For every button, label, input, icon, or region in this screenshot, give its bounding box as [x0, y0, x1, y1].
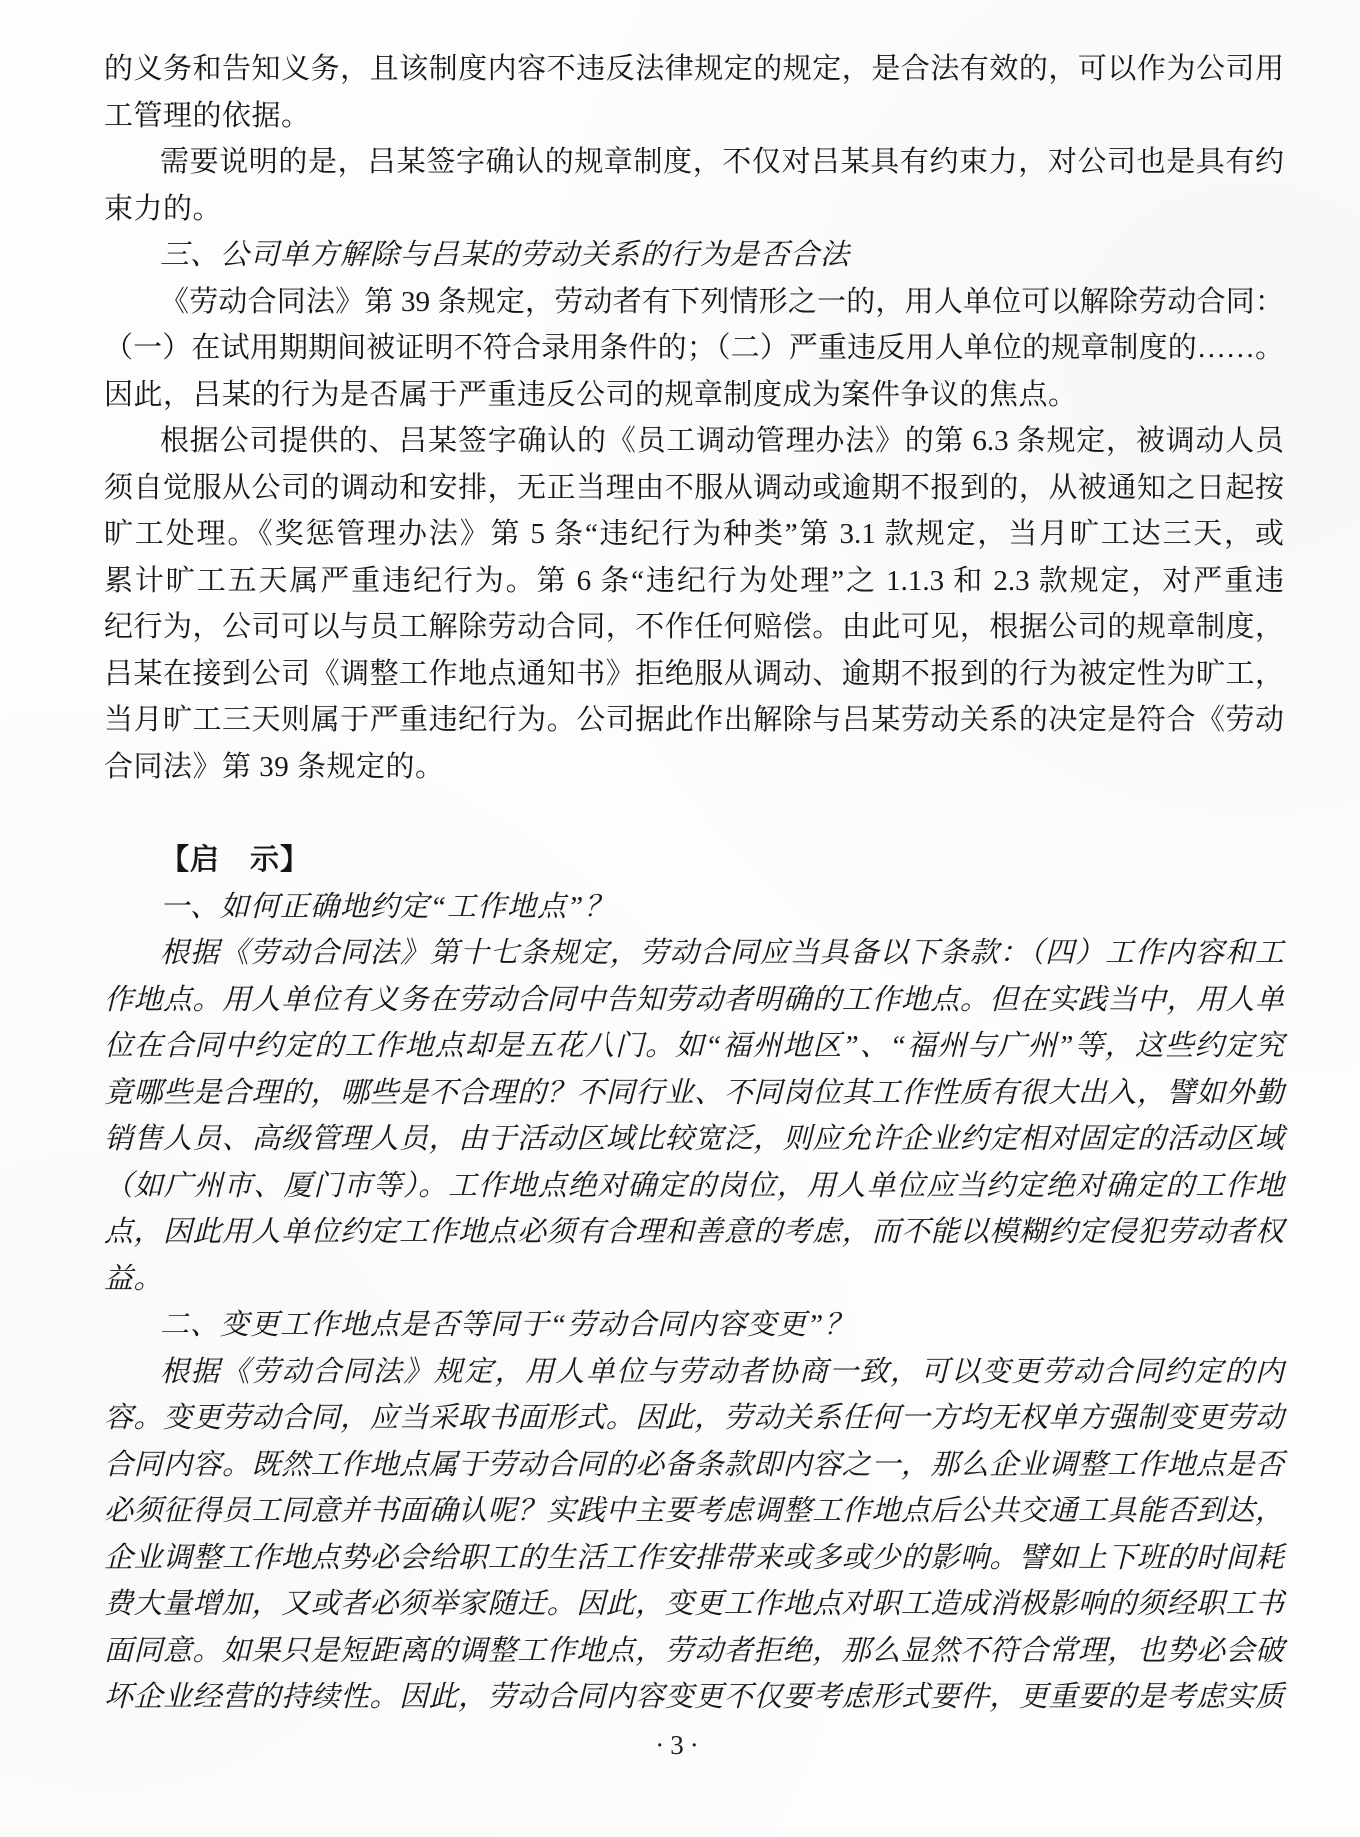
text-line: 因此，吕某的行为是否属于严重违反公司的规章制度成为案件争议的焦点。	[104, 372, 1284, 419]
text-line: 费大量增加，又或者必须举家随迁。因此，变更工作地点对职工造成消极影响的须经职工书	[104, 1581, 1284, 1628]
text-line: 《劳动合同法》第 39 条规定，劳动者有下列情形之一的，用人单位可以解除劳动合同…	[104, 279, 1284, 326]
text-line: 坏企业经营的持续性。因此，劳动合同内容变更不仅要考虑形式要件，更重要的是考虑实质	[104, 1674, 1284, 1721]
section-heading: 二、变更工作地点是否等同于“劳动合同内容变更”？	[104, 1302, 1284, 1349]
document-text-block: 的义务和告知义务，且该制度内容不违反法律规定的规定，是合法有效的，可以作为公司用…	[104, 46, 1284, 1721]
text-line: 累计旷工五天属严重违纪行为。第 6 条“违纪行为处理”之 1.1.3 和 2.3…	[104, 558, 1284, 605]
text-line: 根据《劳动合同法》第十七条规定，劳动合同应当具备以下条款：（四）工作内容和工	[104, 930, 1284, 977]
text-line: 当月旷工三天则属于严重违纪行为。公司据此作出解除与吕某劳动关系的决定是符合《劳动	[104, 697, 1284, 744]
text-line: 的义务和告知义务，且该制度内容不违反法律规定的规定，是合法有效的，可以作为公司用	[104, 46, 1284, 93]
section-heading: 三、公司单方解除与吕某的劳动关系的行为是否合法	[104, 232, 1284, 279]
text-line: 位在合同中约定的工作地点却是五花八门。如“福州地区”、“福州与广州”等，这些约定…	[104, 1023, 1284, 1070]
text-line: 容。变更劳动合同，应当采取书面形式。因此，劳动关系任何一方均无权单方强制变更劳动	[104, 1395, 1284, 1442]
text-line: 纪行为，公司可以与员工解除劳动合同，不作任何赔偿。由此可见，根据公司的规章制度，	[104, 604, 1284, 651]
text-line: 需要说明的是，吕某签字确认的规章制度，不仅对吕某具有约束力，对公司也是具有约	[104, 139, 1284, 186]
text-line: 竟哪些是合理的，哪些是不合理的？不同行业、不同岗位其工作性质有很大出入，譬如外勤	[104, 1070, 1284, 1117]
scanned-document-page: 的义务和告知义务，且该制度内容不违反法律规定的规定，是合法有效的，可以作为公司用…	[0, 0, 1360, 1837]
text-line: 合同内容。既然工作地点属于劳动合同的必备条款即内容之一，那么企业调整工作地点是否	[104, 1442, 1284, 1489]
page-number: ·3·	[0, 1730, 1360, 1761]
text-line: 根据公司提供的、吕某签字确认的《员工调动管理办法》的第 6.3 条规定，被调动人…	[104, 418, 1284, 465]
text-line: 销售人员、高级管理人员，由于活动区域比较宽泛，则应允许企业约定相对固定的活动区域	[104, 1116, 1284, 1163]
text-line: 益。	[104, 1256, 1284, 1303]
text-line: 工管理的依据。	[104, 93, 1284, 140]
text-line: （如广州市、厦门市等）。工作地点绝对确定的岗位，用人单位应当约定绝对确定的工作地	[104, 1163, 1284, 1210]
text-line: 面同意。如果只是短距离的调整工作地点，劳动者拒绝，那么显然不符合常理，也势必会破	[104, 1628, 1284, 1675]
text-line: 根据《劳动合同法》规定，用人单位与劳动者协商一致，可以变更劳动合同约定的内	[104, 1349, 1284, 1396]
section-heading: 一、如何正确地约定“工作地点”？	[104, 884, 1284, 931]
section-heading: 【启 示】	[104, 837, 1284, 884]
text-line: 企业调整工作地点势必会给职工的生活工作安排带来或多或少的影响。譬如上下班的时间耗	[104, 1535, 1284, 1582]
text-line: （一）在试用期期间被证明不符合录用条件的；（二）严重违反用人单位的规章制度的………	[104, 325, 1284, 372]
text-line: 须自觉服从公司的调动和安排，无正当理由不服从调动或逾期不报到的，从被通知之日起按	[104, 465, 1284, 512]
text-line: 作地点。用人单位有义务在劳动合同中告知劳动者明确的工作地点。但在实践当中，用人单	[104, 977, 1284, 1024]
text-line: 束力的。	[104, 186, 1284, 233]
text-line: 旷工处理。《奖惩管理办法》第 5 条“违纪行为种类”第 3.1 款规定，当月旷工…	[104, 511, 1284, 558]
text-line: 必须征得员工同意并书面确认呢？实践中主要考虑调整工作地点后公共交通工具能否到达，	[104, 1488, 1284, 1535]
text-line: 合同法》第 39 条规定的。	[104, 744, 1284, 791]
text-line: 吕某在接到公司《调整工作地点通知书》拒绝服从调动、逾期不报到的行为被定性为旷工，	[104, 651, 1284, 698]
text-line: 点，因此用人单位约定工作地点必须有合理和善意的考虑，而不能以模糊约定侵犯劳动者权	[104, 1209, 1284, 1256]
